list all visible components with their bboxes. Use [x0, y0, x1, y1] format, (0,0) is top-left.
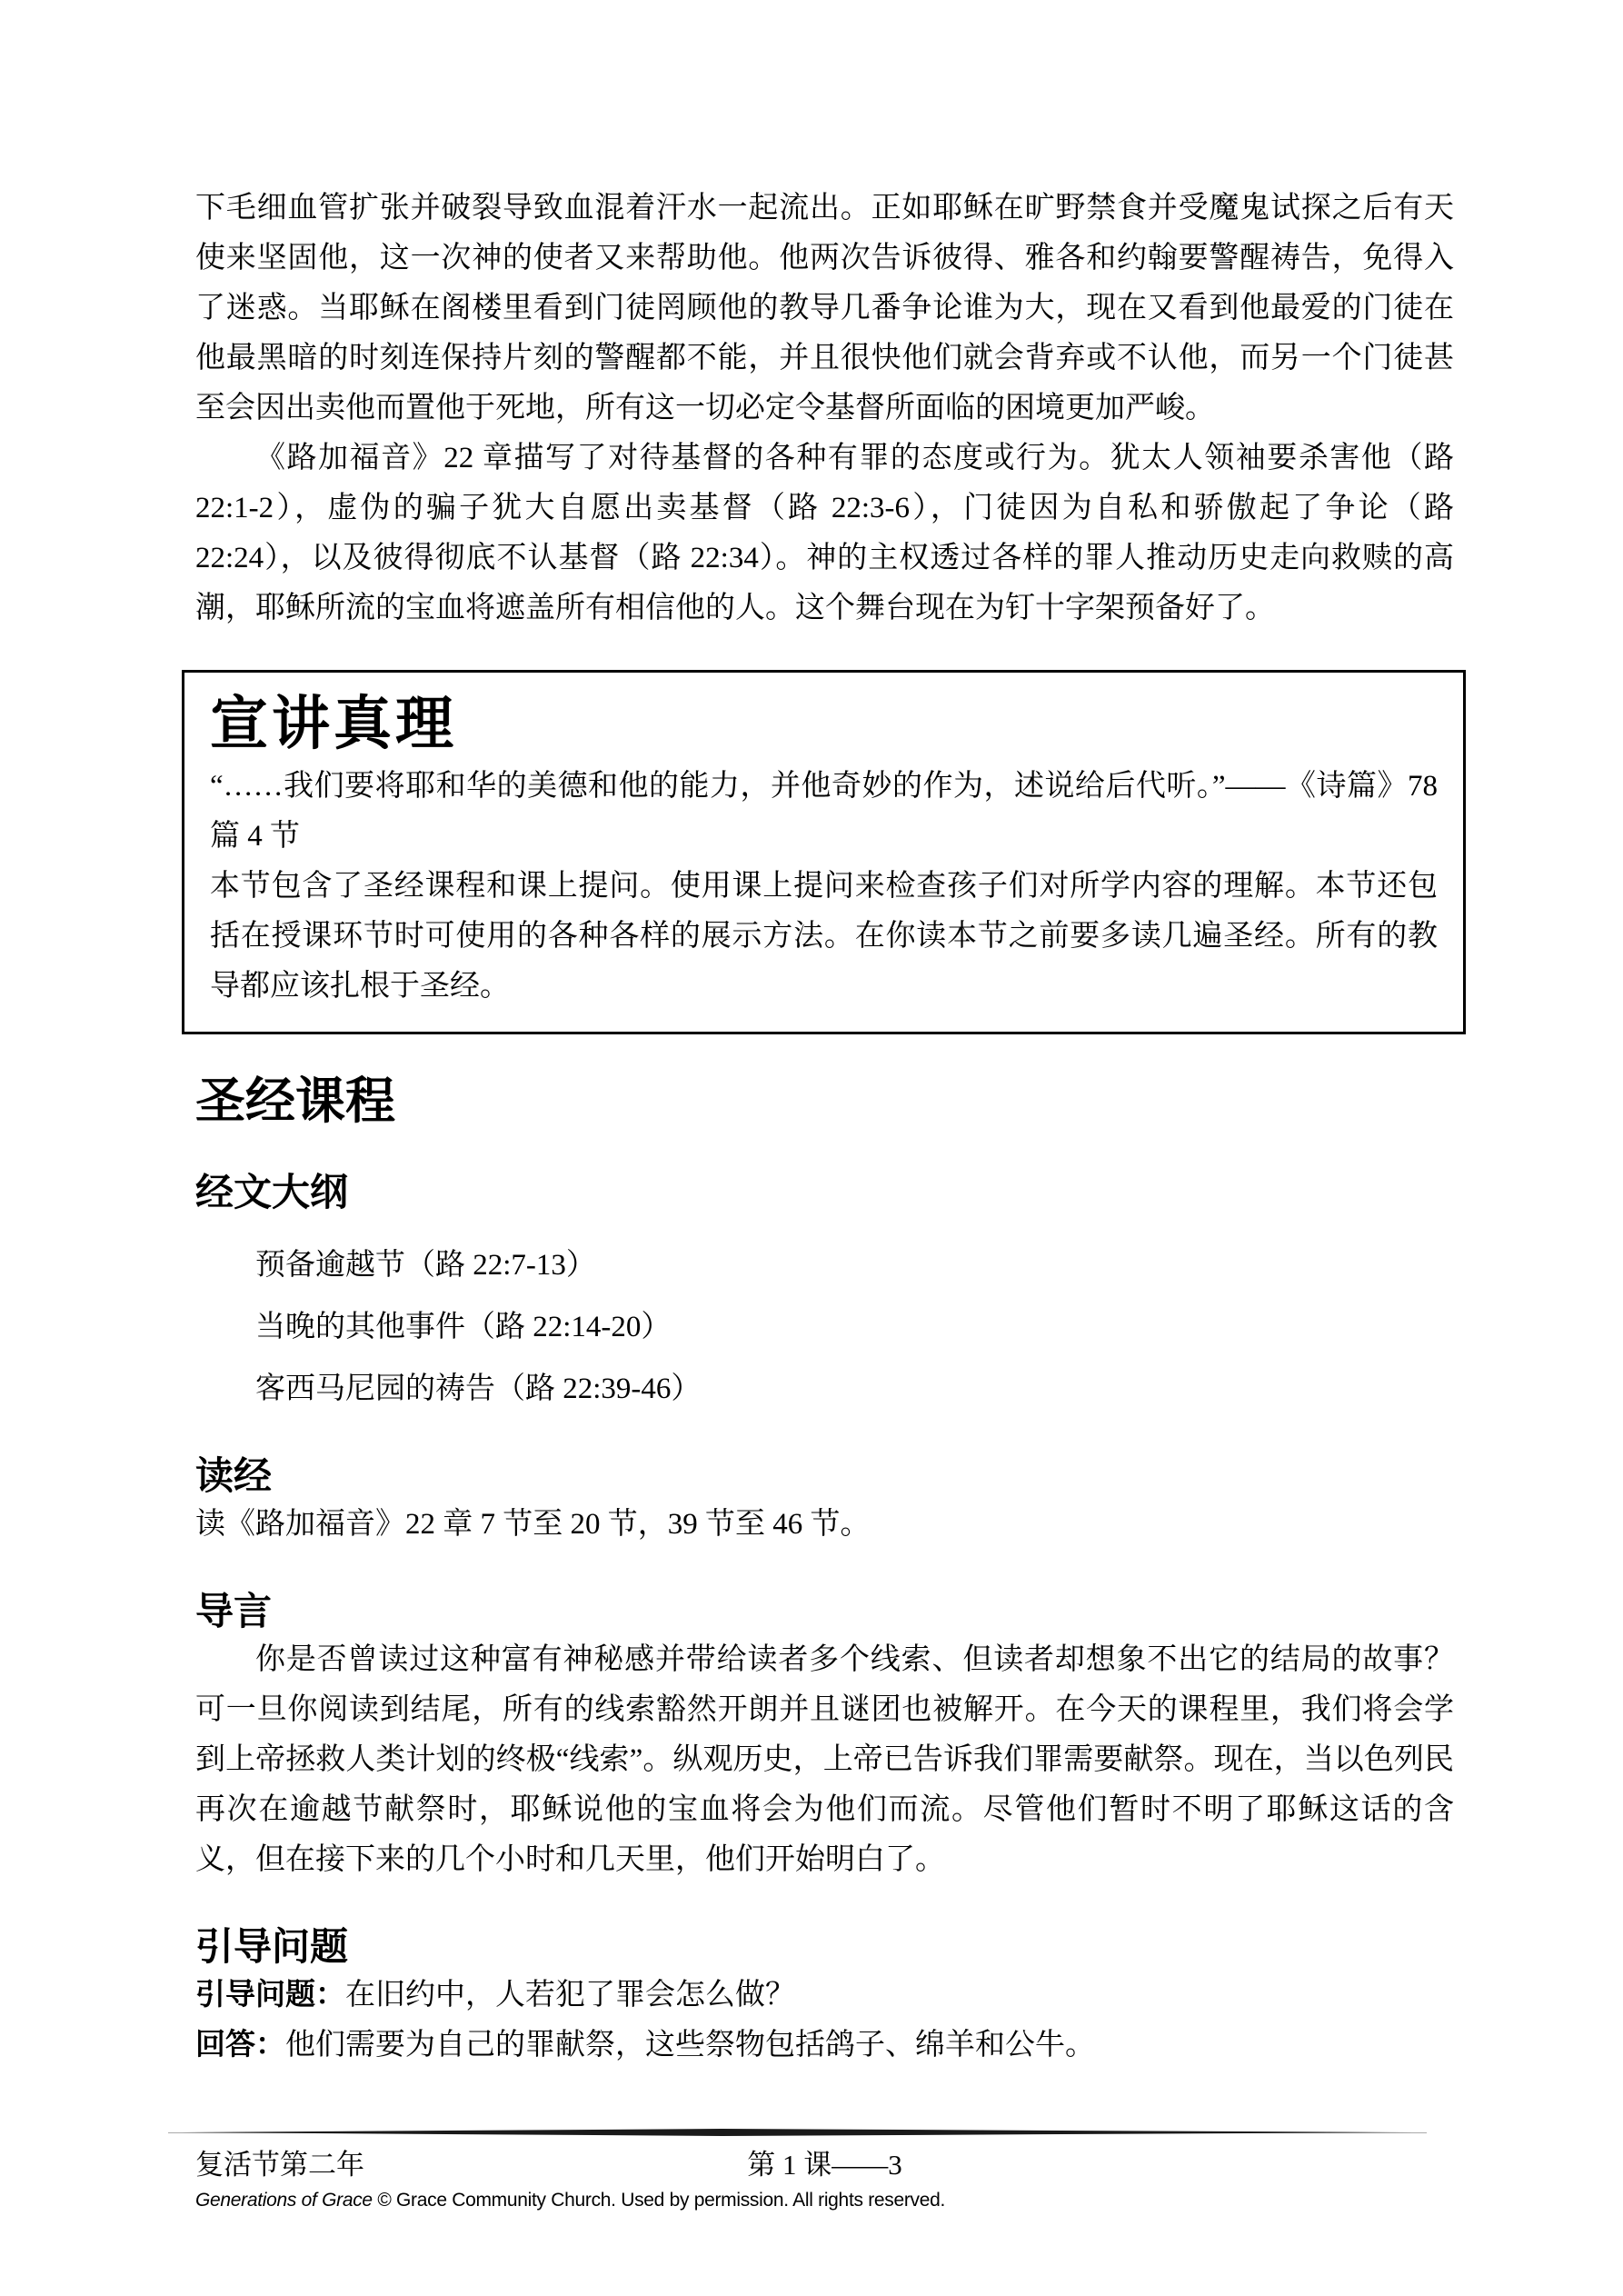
footer-series-label: 复活节第二年: [195, 2147, 364, 2183]
document-page: 下毛细血管扩张并破裂导致血混着汗水一起流出。正如耶稣在旷野禁食并受魔鬼试探之后有…: [0, 0, 1623, 2296]
guiding-question-label: 引导问题：: [195, 1979, 345, 2011]
copyright-series-title: Generations of Grace: [195, 2190, 373, 2211]
guiding-answer-line: 回答：他们需要为自己的罪献祭，这些祭物包括鸽子、绵羊和公牛。: [195, 2021, 1454, 2071]
outline-item: 当晚的其他事件（路 22:14-20）: [255, 1291, 1454, 1353]
copyright-text: © Grace Community Church. Used by permis…: [373, 2190, 945, 2211]
footer-page-number: 第 1 课——3: [747, 2149, 902, 2181]
scripture-reading-heading: 读经: [195, 1454, 1454, 1500]
section-description: 本节包含了圣经课程和课上提问。使用课上提问来检查孩子们对所学内容的理解。本节还包…: [210, 862, 1438, 1012]
outline-item: 预备逾越节（路 22:7-13）: [255, 1229, 1454, 1291]
scripture-outline-heading: 经文大纲: [195, 1171, 1454, 1216]
bible-lesson-heading: 圣经课程: [195, 1073, 1454, 1131]
page-footer: 复活节第二年 第 1 课——3 Generations of Grace © G…: [195, 2129, 1454, 2212]
scripture-reading-text: 读《路加福音》22 章 7 节至 20 节，39 节至 46 节。: [195, 1500, 1454, 1550]
guiding-question-heading: 引导问题: [195, 1925, 1454, 1971]
guiding-answer-text: 他们需要为自己的罪献祭，这些祭物包括鸽子、绵羊和公牛。: [285, 2029, 1095, 2061]
introduction-paragraph: 你是否曾读过这种富有神秘感并带给读者多个线索、但读者却想象不出它的结局的故事？可…: [195, 1635, 1454, 1885]
page-content: 下毛细血管扩张并破裂导致血混着汗水一起流出。正如耶稣在旷野禁食并受魔鬼试探之后有…: [195, 184, 1454, 2071]
introduction-heading: 导言: [195, 1590, 1454, 1635]
continuation-paragraph: 下毛细血管扩张并破裂导致血混着汗水一起流出。正如耶稣在旷野禁食并受魔鬼试探之后有…: [195, 184, 1454, 434]
guiding-answer-label: 回答：: [195, 2029, 285, 2061]
outline-item: 客西马尼园的祷告（路 22:39-46）: [255, 1353, 1454, 1414]
proclaim-truth-title: 宣讲真理: [210, 687, 1438, 762]
proclaim-truth-box: 宣讲真理 “……我们要将耶和华的美德和他的能力，并他奇妙的作为，述说给后代听。”…: [182, 670, 1466, 1034]
luke22-summary-paragraph: 《路加福音》22 章描写了对待基督的各种有罪的态度或行为。犹太人领袖要杀害他（路…: [195, 434, 1454, 634]
footer-copyright: Generations of Grace © Grace Community C…: [195, 2189, 1454, 2212]
psalm-quote: “……我们要将耶和华的美德和他的能力，并他奇妙的作为，述说给后代听。”——《诗篇…: [210, 762, 1438, 862]
scripture-outline-list: 预备逾越节（路 22:7-13） 当晚的其他事件（路 22:14-20） 客西马…: [195, 1229, 1454, 1414]
footer-text-row: 复活节第二年 第 1 课——3: [195, 2147, 1454, 2183]
footer-divider-rule: [168, 2129, 1427, 2138]
guiding-question-line: 引导问题：在旧约中，人若犯了罪会怎么做？: [195, 1971, 1454, 2021]
guiding-question-text: 在旧约中，人若犯了罪会怎么做？: [345, 1979, 795, 2011]
